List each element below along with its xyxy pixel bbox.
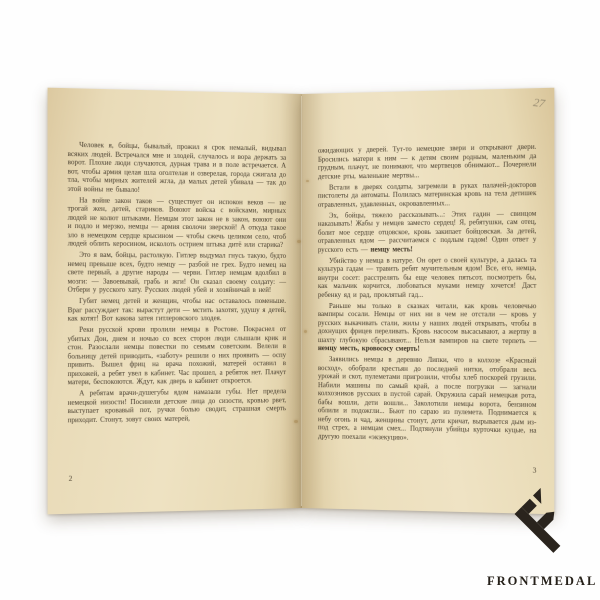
paragraph: ожидающих у дверей. Тут-то немецкие звер… <box>318 144 536 182</box>
shop-watermark: FRONTMEDAL <box>487 488 593 589</box>
paragraph: Встали в дверях солдаты, загремели в рук… <box>318 181 536 210</box>
paragraph: На войне закон таков — существует он исп… <box>68 197 286 251</box>
center-fold <box>300 96 303 506</box>
emphasis-text: немцу месть! <box>371 246 413 253</box>
booklet-left-page: Человек я, бойцы, бывалый, прожил я срок… <box>48 88 302 515</box>
booklet-right-page: 27 ожидающих у дверей. Тут-то немецкие з… <box>302 88 554 515</box>
paragraph: Это я вам, бойцы, растолкую. Гитлер выду… <box>68 252 286 296</box>
paragraph: Эх, бойцы, тяжело рассказывать...: Этих … <box>318 210 536 255</box>
paper-speck <box>306 180 309 182</box>
page-number-left: 2 <box>69 475 73 483</box>
frontmedal-f-logo <box>504 488 576 568</box>
paragraph: Заявились немцы в деревню Липки, что в к… <box>318 356 536 445</box>
brand-name: FRONTMEDAL <box>487 574 593 589</box>
emphasis-text: немцу месть, кровососу смерть! <box>318 345 420 353</box>
paper-speck <box>304 330 307 333</box>
paper-speck <box>294 420 298 423</box>
paragraph: Убийство у немца в натуре. Он орет о сво… <box>318 256 536 300</box>
paragraph: Человек я, бойцы, бывалый, прожил я срок… <box>68 142 286 197</box>
paper-speck <box>297 240 301 243</box>
left-page-text: Человек я, бойцы, бывалый, прожил я срок… <box>48 88 302 426</box>
page-number-right: 3 <box>533 466 537 474</box>
paragraph: Раньше мы только в сказках читали, как к… <box>318 303 536 355</box>
paragraph: Реки русской крови пролили немцы в Росто… <box>68 326 286 388</box>
paragraph: А ребятам врачи-душегубы ядом намазали г… <box>68 388 286 425</box>
paragraph: Губит немец детей и женщин, чтобы нас ос… <box>68 298 286 324</box>
right-page-text: ожидающих у дверей. Тут-то немецкие звер… <box>302 88 554 446</box>
product-photo: Человек я, бойцы, бывалый, прожил я срок… <box>0 0 600 600</box>
